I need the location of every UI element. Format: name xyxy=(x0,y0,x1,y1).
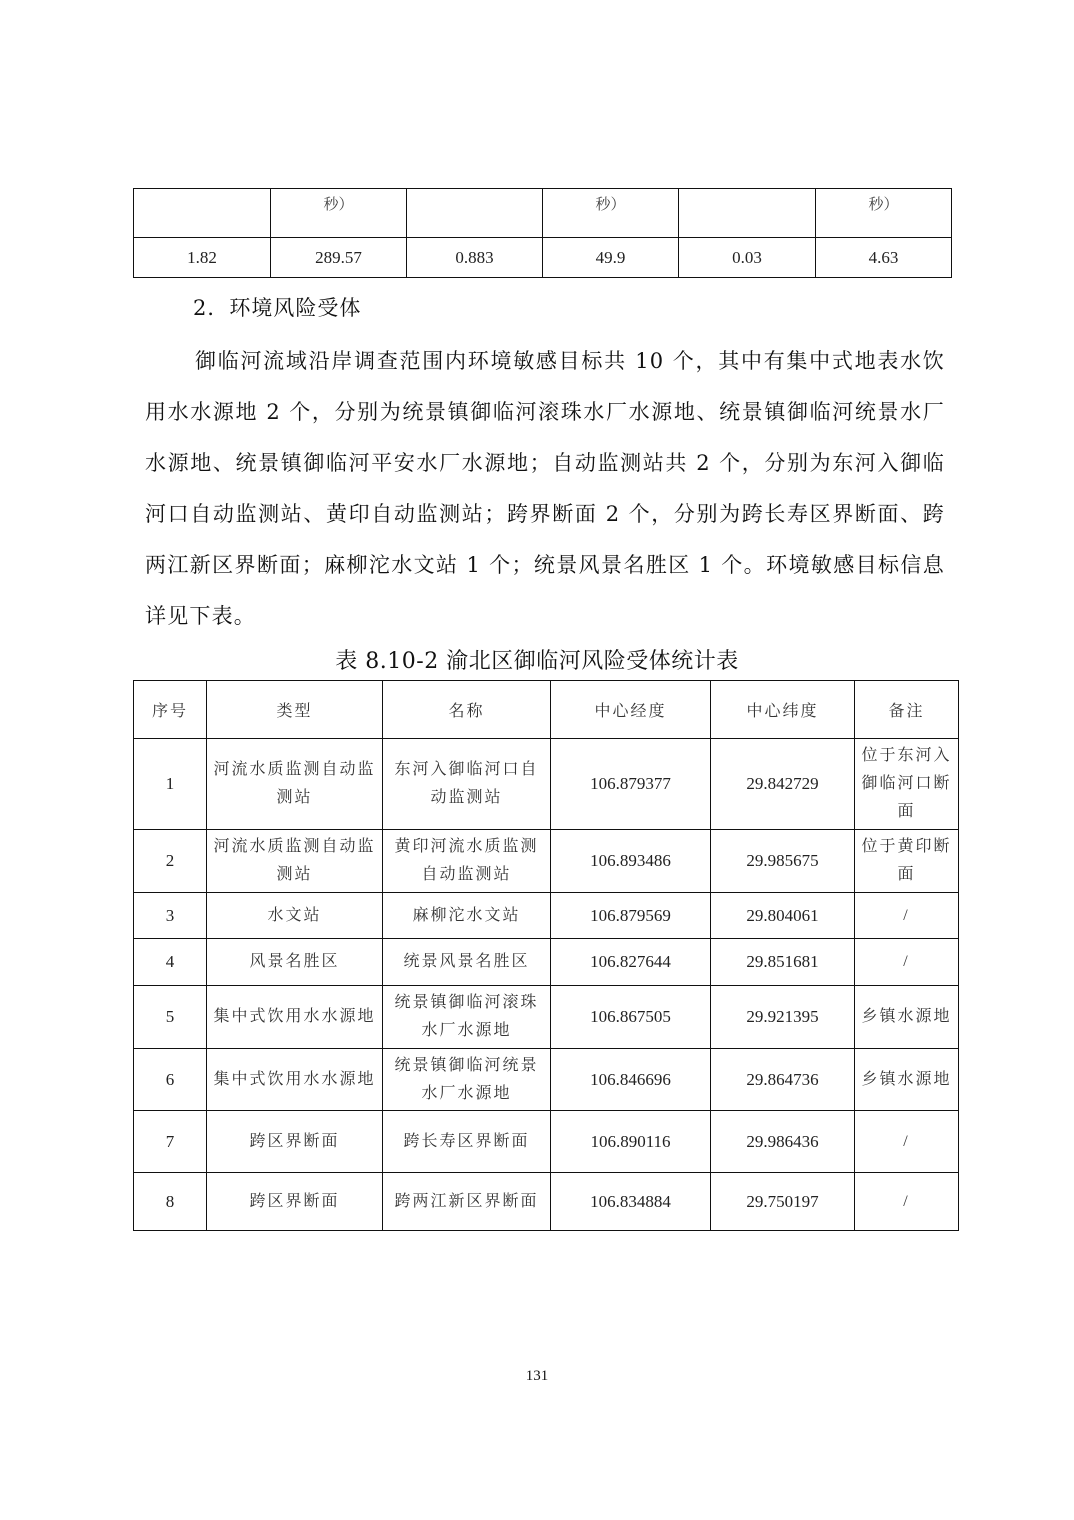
table-row: 2河流水质监测自动监测站黄印河流水质监测自动监测站106.89348629.98… xyxy=(134,830,959,893)
value-cell: 49.9 xyxy=(543,238,679,278)
unit-cell: 秒） xyxy=(543,189,679,238)
table-row: 4风景名胜区统景风景名胜区106.82764429.851681/ xyxy=(134,939,959,986)
table-header-row: 序号 类型 名称 中心经度 中心纬度 备注 xyxy=(134,681,959,739)
header-name: 名称 xyxy=(383,681,551,739)
table-row: 5集中式饮用水水源地统景镇御临河滚珠水厂水源地106.86750529.9213… xyxy=(134,986,959,1049)
row-number: 3 xyxy=(134,893,207,939)
header-longitude: 中心经度 xyxy=(551,681,711,739)
row-note: / xyxy=(855,1111,959,1173)
table-row: 1河流水质监测自动监测站东河入御临河口自动监测站106.87937729.842… xyxy=(134,739,959,830)
row-number: 6 xyxy=(134,1049,207,1111)
row-longitude: 106.893486 xyxy=(551,830,711,893)
row-name: 统景镇御临河统景水厂水源地 xyxy=(383,1049,551,1111)
table-row: 7跨区界断面跨长寿区界断面106.89011629.986436/ xyxy=(134,1111,959,1173)
row-type: 集中式饮用水水源地 xyxy=(207,1049,383,1111)
continuation-table: 秒） 秒） 秒） 1.82 289.57 0.883 49.9 0.03 4.6… xyxy=(133,188,952,278)
row-longitude: 106.879377 xyxy=(551,739,711,830)
value-cell: 1.82 xyxy=(134,238,271,278)
row-latitude: 29.750197 xyxy=(711,1173,855,1231)
row-type: 集中式饮用水水源地 xyxy=(207,986,383,1049)
header-type: 类型 xyxy=(207,681,383,739)
row-name: 统景风景名胜区 xyxy=(383,939,551,986)
table-caption: 表 8.10-2 渝北区御临河风险受体统计表 xyxy=(0,644,1074,675)
value-cell: 0.883 xyxy=(407,238,543,278)
row-type: 河流水质监测自动监测站 xyxy=(207,830,383,893)
section-paragraph: 御临河流域沿岸调查范围内环境敏感目标共 10 个，其中有集中式地表水饮用水水源地… xyxy=(145,336,945,642)
row-name: 统景镇御临河滚珠水厂水源地 xyxy=(383,986,551,1049)
table-row: 3水文站麻柳沱水文站106.87956929.804061/ xyxy=(134,893,959,939)
row-latitude: 29.985675 xyxy=(711,830,855,893)
header-latitude: 中心纬度 xyxy=(711,681,855,739)
row-type: 跨区界断面 xyxy=(207,1173,383,1231)
row-type: 水文站 xyxy=(207,893,383,939)
row-number: 5 xyxy=(134,986,207,1049)
row-latitude: 29.864736 xyxy=(711,1049,855,1111)
row-number: 8 xyxy=(134,1173,207,1231)
row-number: 1 xyxy=(134,739,207,830)
unit-cell xyxy=(407,189,543,238)
unit-row: 秒） 秒） 秒） xyxy=(134,189,952,238)
row-number: 7 xyxy=(134,1111,207,1173)
value-cell: 4.63 xyxy=(816,238,952,278)
header-note: 备注 xyxy=(855,681,959,739)
row-type: 河流水质监测自动监测站 xyxy=(207,739,383,830)
table-row: 6集中式饮用水水源地统景镇御临河统景水厂水源地106.84669629.8647… xyxy=(134,1049,959,1111)
unit-cell: 秒） xyxy=(816,189,952,238)
row-note: 位于黄印断面 xyxy=(855,830,959,893)
row-name: 麻柳沱水文站 xyxy=(383,893,551,939)
row-longitude: 106.846696 xyxy=(551,1049,711,1111)
row-name: 跨两江新区界断面 xyxy=(383,1173,551,1231)
document-page: 秒） 秒） 秒） 1.82 289.57 0.883 49.9 0.03 4.6… xyxy=(0,0,1074,1520)
row-note: 位于东河入御临河口断面 xyxy=(855,739,959,830)
row-type: 跨区界断面 xyxy=(207,1111,383,1173)
row-note: / xyxy=(855,893,959,939)
unit-cell: 秒） xyxy=(271,189,407,238)
value-row: 1.82 289.57 0.883 49.9 0.03 4.63 xyxy=(134,238,952,278)
row-name: 东河入御临河口自动监测站 xyxy=(383,739,551,830)
row-number: 2 xyxy=(134,830,207,893)
page-number: 131 xyxy=(0,1368,1074,1385)
table-row: 8跨区界断面跨两江新区界断面106.83488429.750197/ xyxy=(134,1173,959,1231)
row-number: 4 xyxy=(134,939,207,986)
row-latitude: 29.804061 xyxy=(711,893,855,939)
row-note: 乡镇水源地 xyxy=(855,1049,959,1111)
row-name: 跨长寿区界断面 xyxy=(383,1111,551,1173)
row-note: 乡镇水源地 xyxy=(855,986,959,1049)
row-longitude: 106.890116 xyxy=(551,1111,711,1173)
row-latitude: 29.921395 xyxy=(711,986,855,1049)
row-latitude: 29.986436 xyxy=(711,1111,855,1173)
value-cell: 0.03 xyxy=(679,238,816,278)
unit-cell xyxy=(679,189,816,238)
value-cell: 289.57 xyxy=(271,238,407,278)
row-name: 黄印河流水质监测自动监测站 xyxy=(383,830,551,893)
unit-cell xyxy=(134,189,271,238)
row-type: 风景名胜区 xyxy=(207,939,383,986)
row-latitude: 29.851681 xyxy=(711,939,855,986)
section-heading: 2．环境风险受体 xyxy=(193,292,361,322)
row-longitude: 106.879569 xyxy=(551,893,711,939)
row-longitude: 106.867505 xyxy=(551,986,711,1049)
row-latitude: 29.842729 xyxy=(711,739,855,830)
row-note: / xyxy=(855,1173,959,1231)
risk-receptor-table: 序号 类型 名称 中心经度 中心纬度 备注 1河流水质监测自动监测站东河入御临河… xyxy=(133,680,959,1231)
row-longitude: 106.827644 xyxy=(551,939,711,986)
row-longitude: 106.834884 xyxy=(551,1173,711,1231)
row-note: / xyxy=(855,939,959,986)
header-no: 序号 xyxy=(134,681,207,739)
